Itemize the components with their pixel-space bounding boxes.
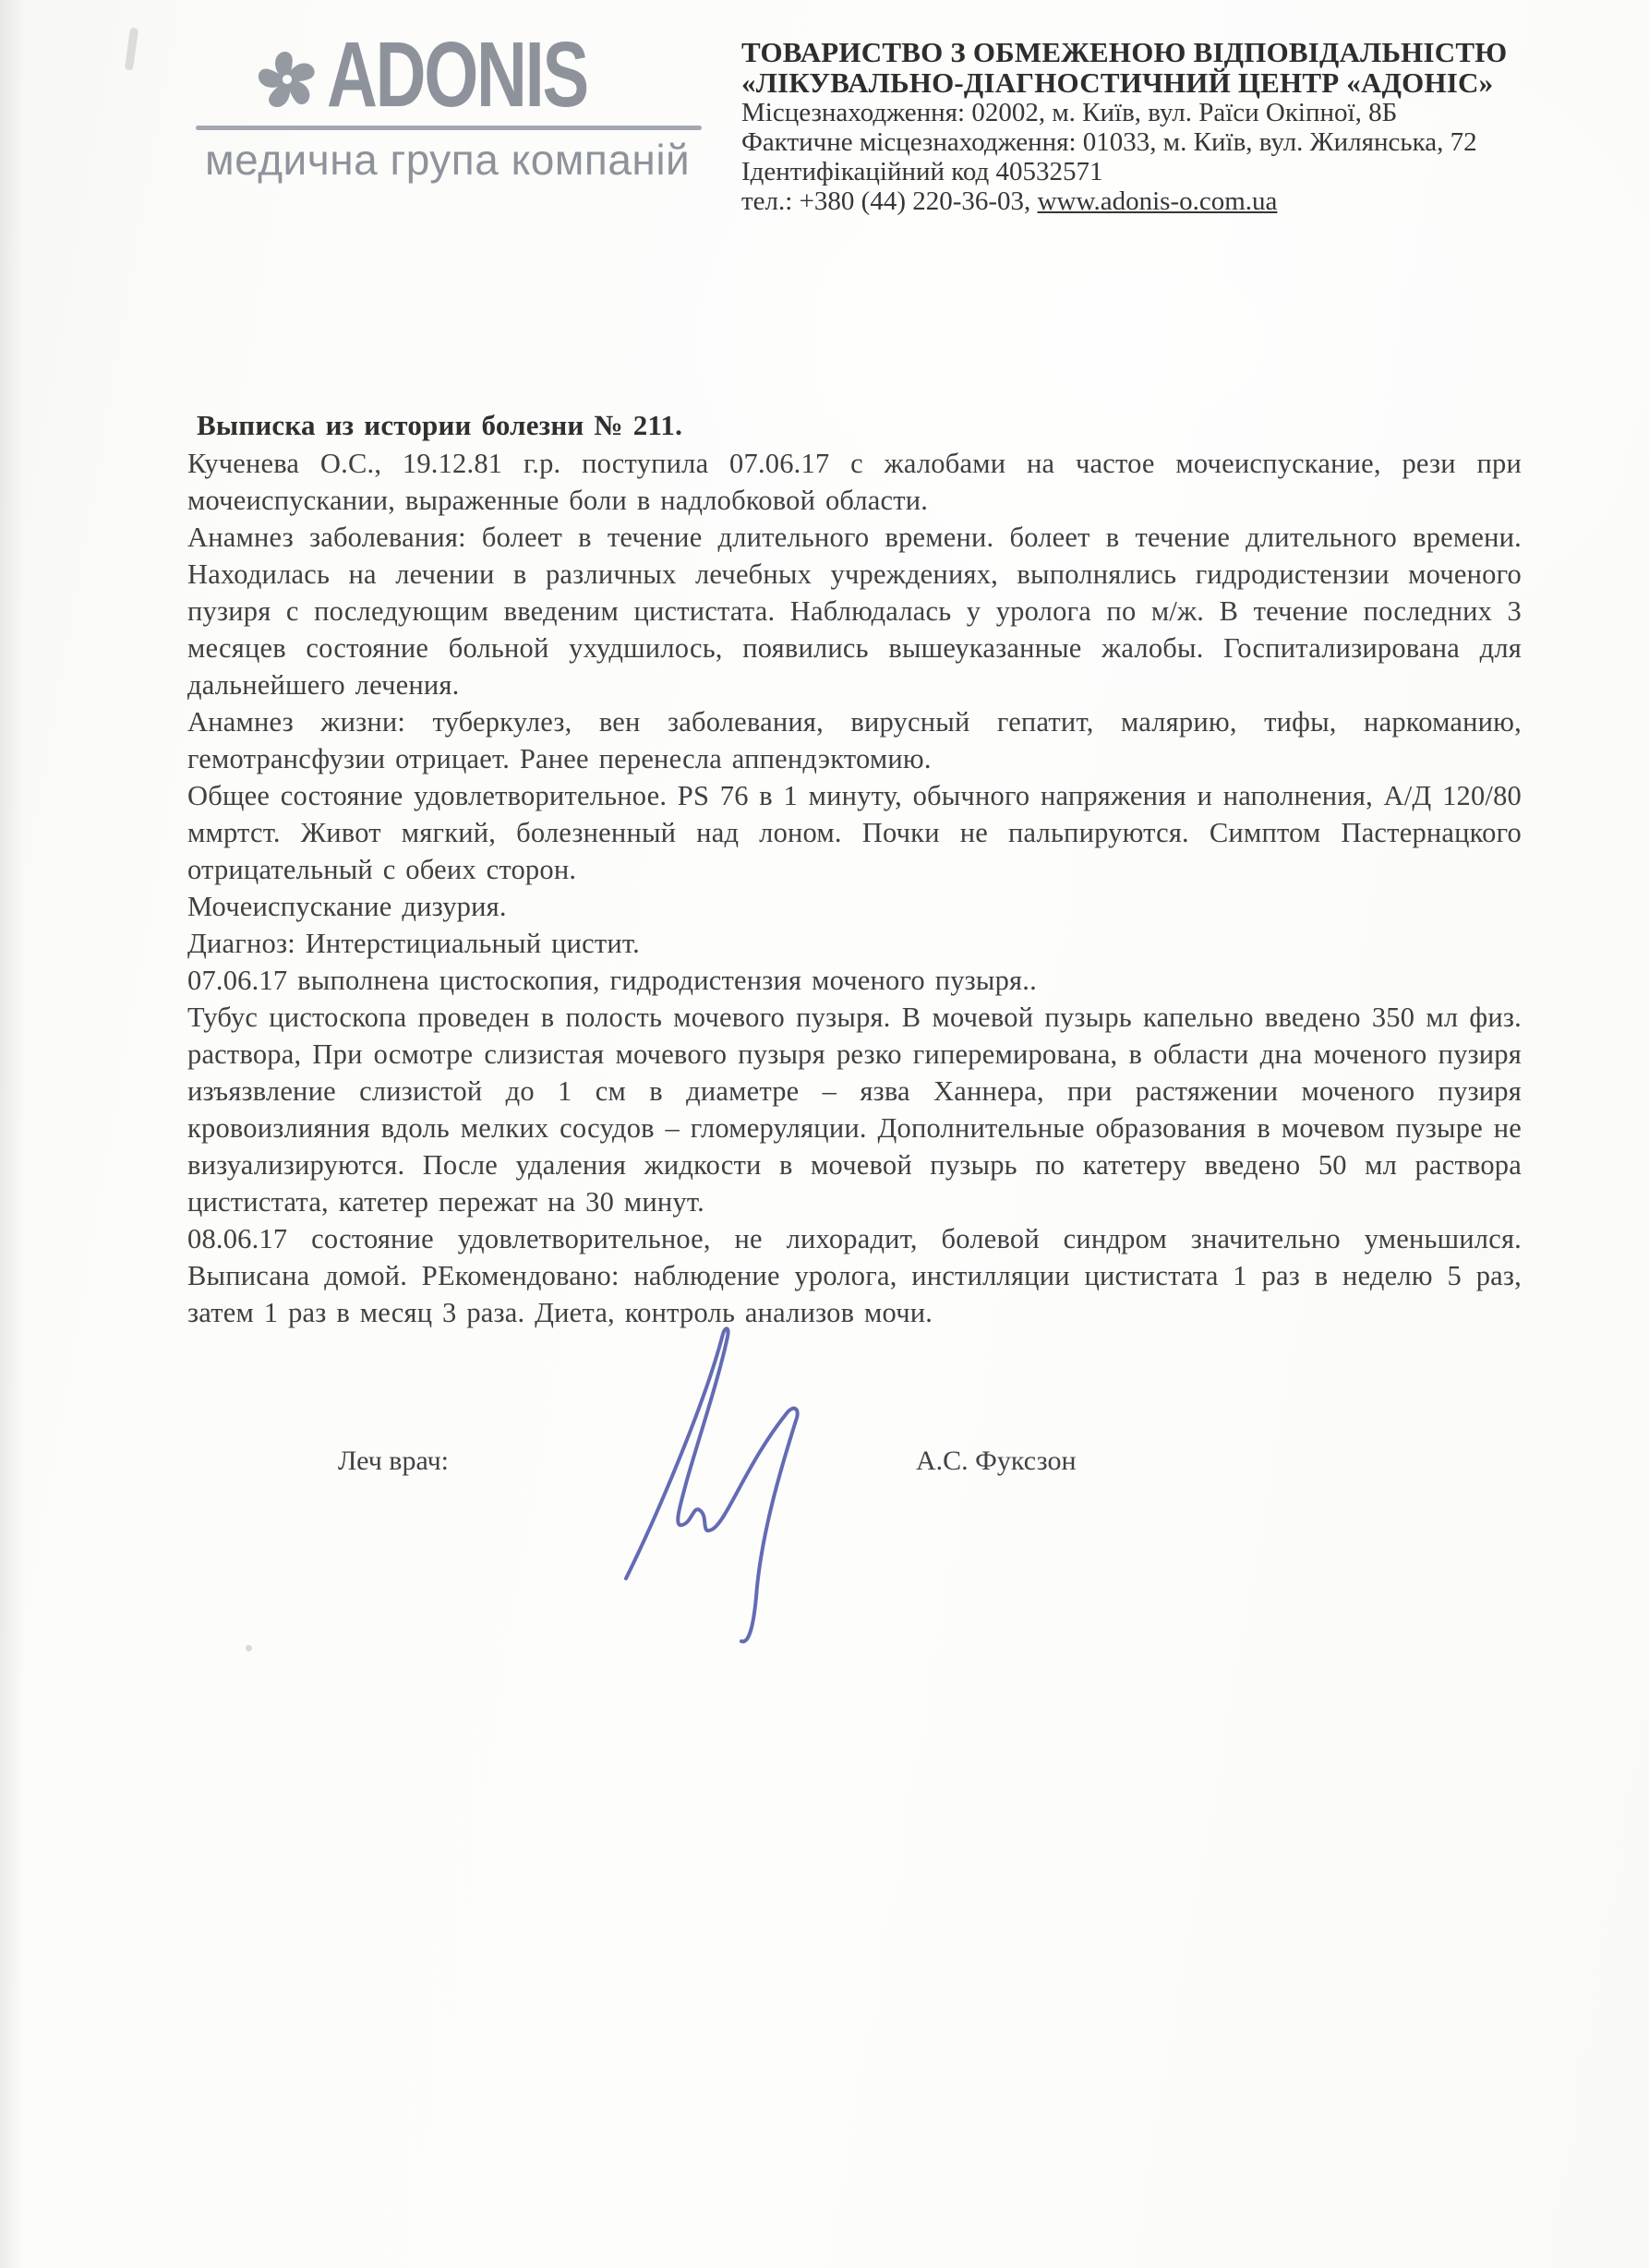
logo-divider bbox=[196, 126, 702, 130]
logo-tagline: медична група компаній bbox=[205, 138, 690, 181]
attending-physician-label: Леч врач: bbox=[338, 1446, 449, 1477]
paragraph-disease-anamnesis: Анамнез заболевания: болеет в течение дл… bbox=[187, 519, 1522, 703]
paragraph-procedure-details: Тубус цистоскопа проведен в полость моче… bbox=[187, 999, 1522, 1220]
company-name-line2: «ЛІКУВАЛЬНО-ДІАГНОСТИЧНИЙ ЦЕНТР «АДОНІС» bbox=[741, 67, 1554, 98]
document-body: Выписка из истории болезни № 211. Кучене… bbox=[187, 406, 1522, 1331]
paragraph-general-state: Общее состояние удовлетворительное. PS 7… bbox=[187, 777, 1522, 888]
company-address-legal: Місцезнаходження: 02002, м. Київ, вул. Р… bbox=[741, 98, 1554, 127]
adonis-logo: ADONIS медична група компаній bbox=[196, 37, 713, 194]
scan-speck bbox=[246, 1645, 252, 1651]
company-id-code: Ідентифікаційний код 40532571 bbox=[741, 157, 1554, 186]
doctor-name: А.С. Фуксзон bbox=[916, 1446, 1077, 1477]
scan-speck bbox=[125, 28, 138, 71]
company-phone: тел.: +380 (44) 220-36-03, bbox=[741, 186, 1038, 216]
flower-icon bbox=[253, 46, 321, 113]
brand-name: ADONIS bbox=[327, 29, 587, 121]
scanned-document-page: ADONIS медична група компаній ТОВАРИСТВО… bbox=[0, 0, 1649, 2268]
paragraph-procedure-date: 07.06.17 выполнена цистоскопия, гидродис… bbox=[187, 962, 1522, 999]
company-contacts: тел.: +380 (44) 220-36-03, www.adonis-o.… bbox=[741, 186, 1554, 216]
paragraph-diagnosis: Диагноз: Интерстициальный цистит. bbox=[187, 925, 1522, 962]
company-website: www.adonis-o.com.ua bbox=[1038, 186, 1278, 216]
company-info-block: ТОВАРИСТВО З ОБМЕЖЕНОЮ ВІДПОВІДАЛЬНІСТЮ … bbox=[741, 37, 1554, 216]
signature-ink bbox=[591, 1292, 868, 1717]
scan-edge-shadow bbox=[0, 0, 24, 2268]
paragraph-urination: Мочеиспускание дизурия. bbox=[187, 888, 1522, 925]
paragraph-life-anamnesis: Анамнез жизни: туберкулез, вен заболеван… bbox=[187, 703, 1522, 777]
document-title: Выписка из истории болезни № 211. bbox=[187, 406, 1522, 445]
company-address-actual: Фактичне місцезнаходження: 01033, м. Киї… bbox=[741, 127, 1554, 157]
paragraph-admission: Кученева О.С., 19.12.81 г.р. поступила 0… bbox=[187, 445, 1522, 519]
company-name-line1: ТОВАРИСТВО З ОБМЕЖЕНОЮ ВІДПОВІДАЛЬНІСТЮ bbox=[741, 37, 1554, 67]
